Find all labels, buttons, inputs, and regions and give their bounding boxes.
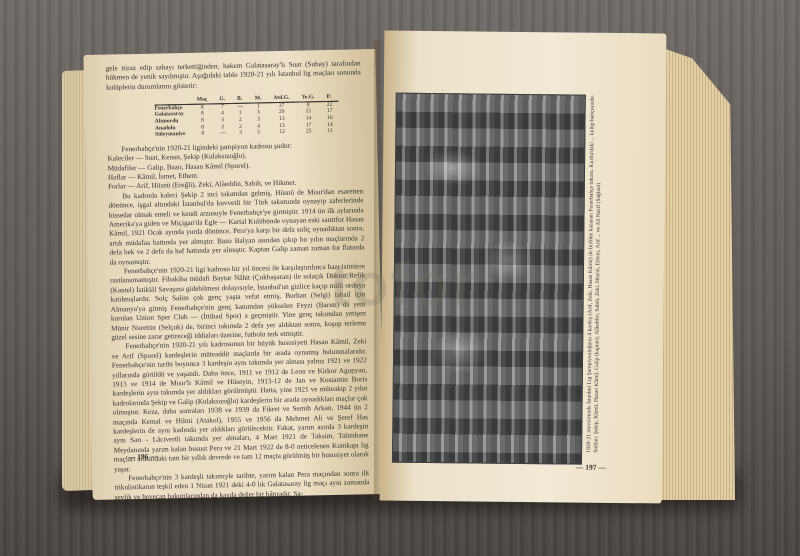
stat-cell: 25 xyxy=(296,128,321,135)
body-paragraph: Fenerbahçe'nin 3 kardeşli takımıyle tari… xyxy=(114,469,370,503)
stat-cell: — xyxy=(214,130,232,137)
body-paragraph: Fenerbahçe'nin 1920-21 ligi kadrosu bir … xyxy=(110,262,367,343)
intro-paragraph: gele itiraz edip sahayı terkettiğinden, … xyxy=(106,59,362,93)
stat-cell: 3 xyxy=(232,130,250,137)
watermark: tofor xyxy=(330,250,477,319)
team-name: Süleymaniye xyxy=(155,131,192,138)
stat-cell: 11 xyxy=(321,128,339,135)
stat-cell: 5 xyxy=(249,129,268,136)
stat-cell: 8 xyxy=(191,131,214,138)
left-page-number: — 196 — xyxy=(128,452,158,462)
body-paragraph: Bu kadroda kaleci Şekip 2 inci takımdan … xyxy=(108,187,365,268)
standings-table: Maç G. B. M. Atıl.G. Ye.G. P. Fenerbahçe… xyxy=(154,94,339,138)
photo-caption: 1920-21 mevsiminde İstanbul Lig Şampiyon… xyxy=(586,93,642,454)
right-page-number: — 197 — xyxy=(576,463,606,472)
stat-cell: 12 xyxy=(268,129,296,136)
